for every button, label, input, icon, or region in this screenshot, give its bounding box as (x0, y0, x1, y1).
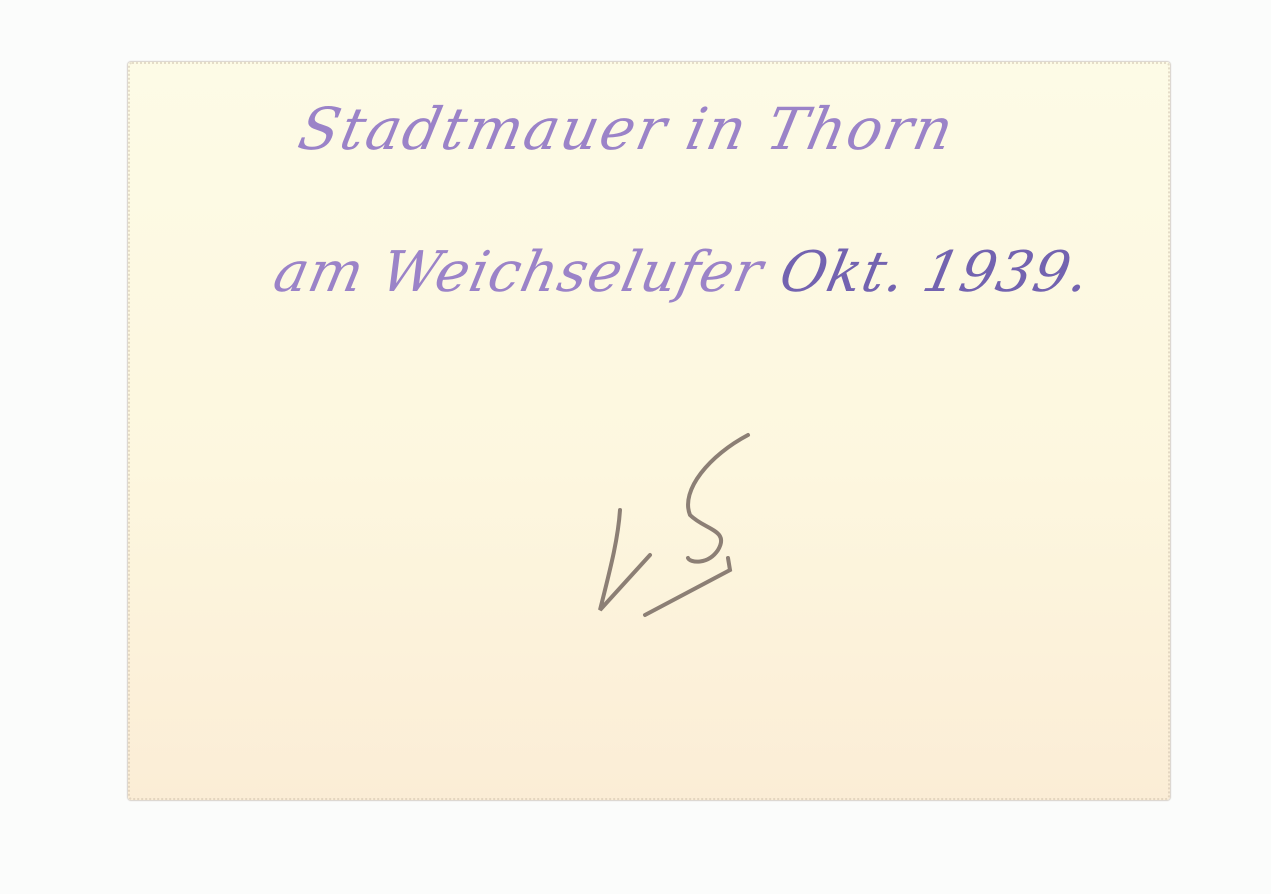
inscription-line-2: am Weichselufer Okt. 1939. (268, 240, 1096, 305)
inscription-line-1: Stadtmauer in Thorn (293, 95, 961, 163)
pencil-initials (590, 430, 760, 620)
inscription-date: Okt. 1939. (774, 240, 1096, 305)
inscription-location: am Weichselufer (268, 240, 769, 305)
